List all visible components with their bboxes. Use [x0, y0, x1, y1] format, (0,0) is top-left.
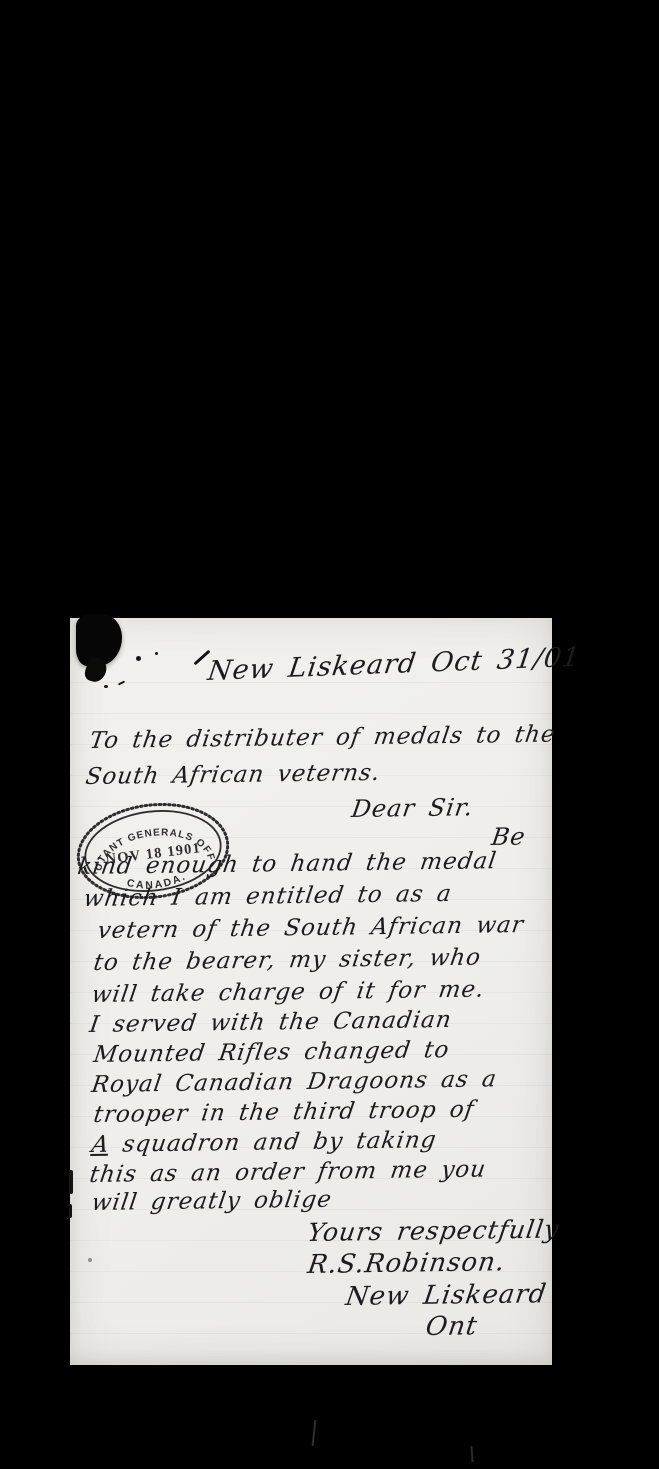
- letter-page: New Liskeard Oct 31/01 To the distribute…: [70, 618, 552, 1365]
- letter-body-line: I served with the Canadian: [88, 1009, 453, 1037]
- letter-body-line: to the bearer, my sister, who: [92, 947, 483, 975]
- letter-body-line: trooper in the third troop of: [92, 1099, 476, 1127]
- letter-body-line: Royal Canadian Dragoons as a: [90, 1068, 499, 1097]
- edge-mark: [69, 1204, 72, 1218]
- letter-signature: R.S.Robinson.: [306, 1249, 507, 1278]
- film-scratch: [312, 1420, 317, 1446]
- letter-body-line: Be: [490, 825, 527, 849]
- letter-body-line: this as an order from me you: [88, 1158, 488, 1187]
- adjutant-generals-office-stamp: ADJUTANT GENERALS OFFICE NOV 18 1901 CAN…: [69, 793, 238, 910]
- edge-mark: [69, 1170, 73, 1194]
- pen-flick-mark: [194, 650, 211, 666]
- letter-body-line: A squadron and by taking: [90, 1129, 438, 1157]
- letter-signature-province: Ont: [424, 1313, 479, 1340]
- letter-signature-place: New Liskeard: [344, 1281, 548, 1310]
- letter-body-line: will greatly oblige: [90, 1189, 333, 1215]
- letter-salutation: Dear Sir.: [350, 795, 475, 821]
- ink-speck: [118, 680, 125, 685]
- letter-recipient-line: To the distributer of medals to the: [88, 724, 557, 753]
- smudge-dot: [88, 1258, 92, 1262]
- letter-body-line: vetern of the South African war: [96, 914, 525, 943]
- letter-dateline: New Liskeard Oct 31/01: [206, 644, 582, 685]
- letter-body-line: will take charge of it for me.: [90, 979, 486, 1007]
- letter-body-line: Mounted Rifles changed to: [92, 1039, 451, 1067]
- film-scratch: [470, 1446, 473, 1462]
- letter-closing: Yours respectfully: [306, 1216, 561, 1245]
- scanned-letter-image: New Liskeard Oct 31/01 To the distribute…: [0, 0, 659, 1469]
- letter-recipient-line: South African veterns.: [84, 762, 382, 789]
- ink-speck: [104, 685, 108, 688]
- ink-speck: [155, 652, 158, 655]
- ink-speck: [136, 656, 141, 661]
